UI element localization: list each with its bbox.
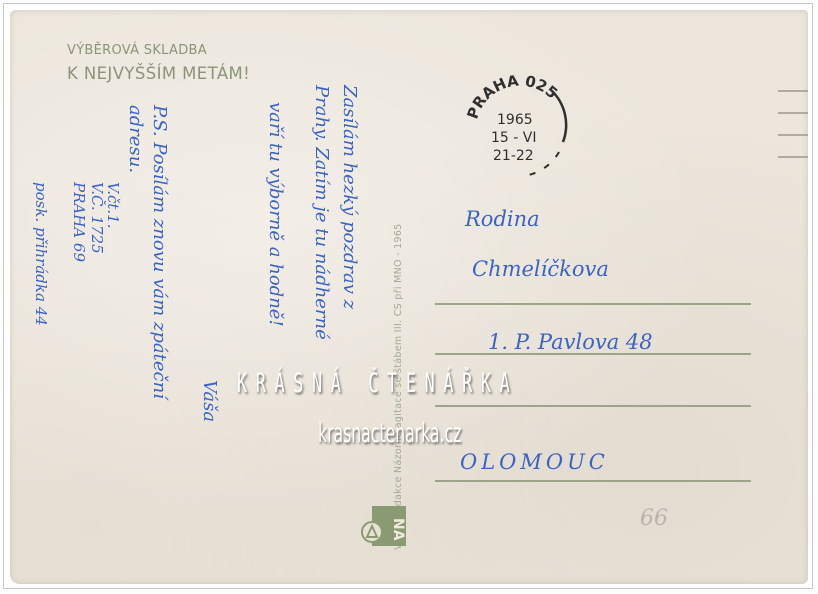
postscript-line-1: P.S. Posílám znovu vám zpáteční: [149, 105, 170, 399]
header-title-line1: VÝBĚROVÁ SKLADBA: [67, 43, 207, 58]
na-logo-icon: NA: [360, 504, 410, 548]
address-line-4: OLOMOUC: [460, 450, 609, 474]
address-rule-3: [435, 405, 751, 407]
edge-marks: [778, 90, 808, 178]
postscript-line-4: V.Č. 1725: [88, 182, 106, 254]
postscript-line-3: V.čt.1.: [104, 182, 122, 229]
postscript-line-6: posk. přihrádka 44: [32, 182, 50, 326]
postmark-icon: PRAHA 025 1965 15 - VI 21-22: [463, 72, 575, 184]
postmark-stamp: PRAHA 025 1965 15 - VI 21-22: [463, 72, 575, 184]
watermark-title: KRÁSNÁ ČTENÁŘKA: [237, 368, 518, 399]
message-column-3: vaří tu výborně a hodně!: [265, 102, 286, 327]
svg-text:NA: NA: [390, 518, 406, 541]
svg-text:1965: 1965: [497, 112, 533, 128]
message-signature: Váša: [199, 380, 220, 422]
message-column-1: Zasílám hezký pozdrav z: [339, 85, 360, 309]
address-line-2: Chmelíčkova: [472, 257, 609, 281]
address-rule-4: [435, 480, 751, 482]
message-column-2: Prahy. Zatím je tu nádherné: [311, 85, 332, 340]
address-line-1: Rodina: [465, 207, 540, 231]
svg-text:21-22: 21-22: [493, 148, 534, 164]
address-rule-1: [435, 303, 751, 305]
svg-text:15 - VI: 15 - VI: [491, 130, 536, 146]
postscript-line-2: adresu.: [125, 105, 146, 173]
address-rule-2: [435, 353, 751, 355]
address-line-3: 1. P. Pavlova 48: [488, 330, 653, 354]
publisher-logo: NA: [360, 504, 410, 548]
watermark-url[interactable]: krasnactenarka.cz: [318, 418, 461, 449]
postscript-line-5: PRAHA 69: [70, 182, 88, 262]
header-title-line2: K NEJVYŠŠÍM METÁM!: [67, 64, 250, 83]
postcard: VÝBĚROVÁ SKLADBA K NEJVYŠŠÍM METÁM! Vyda…: [10, 10, 808, 584]
pencil-note: 66: [640, 506, 668, 531]
